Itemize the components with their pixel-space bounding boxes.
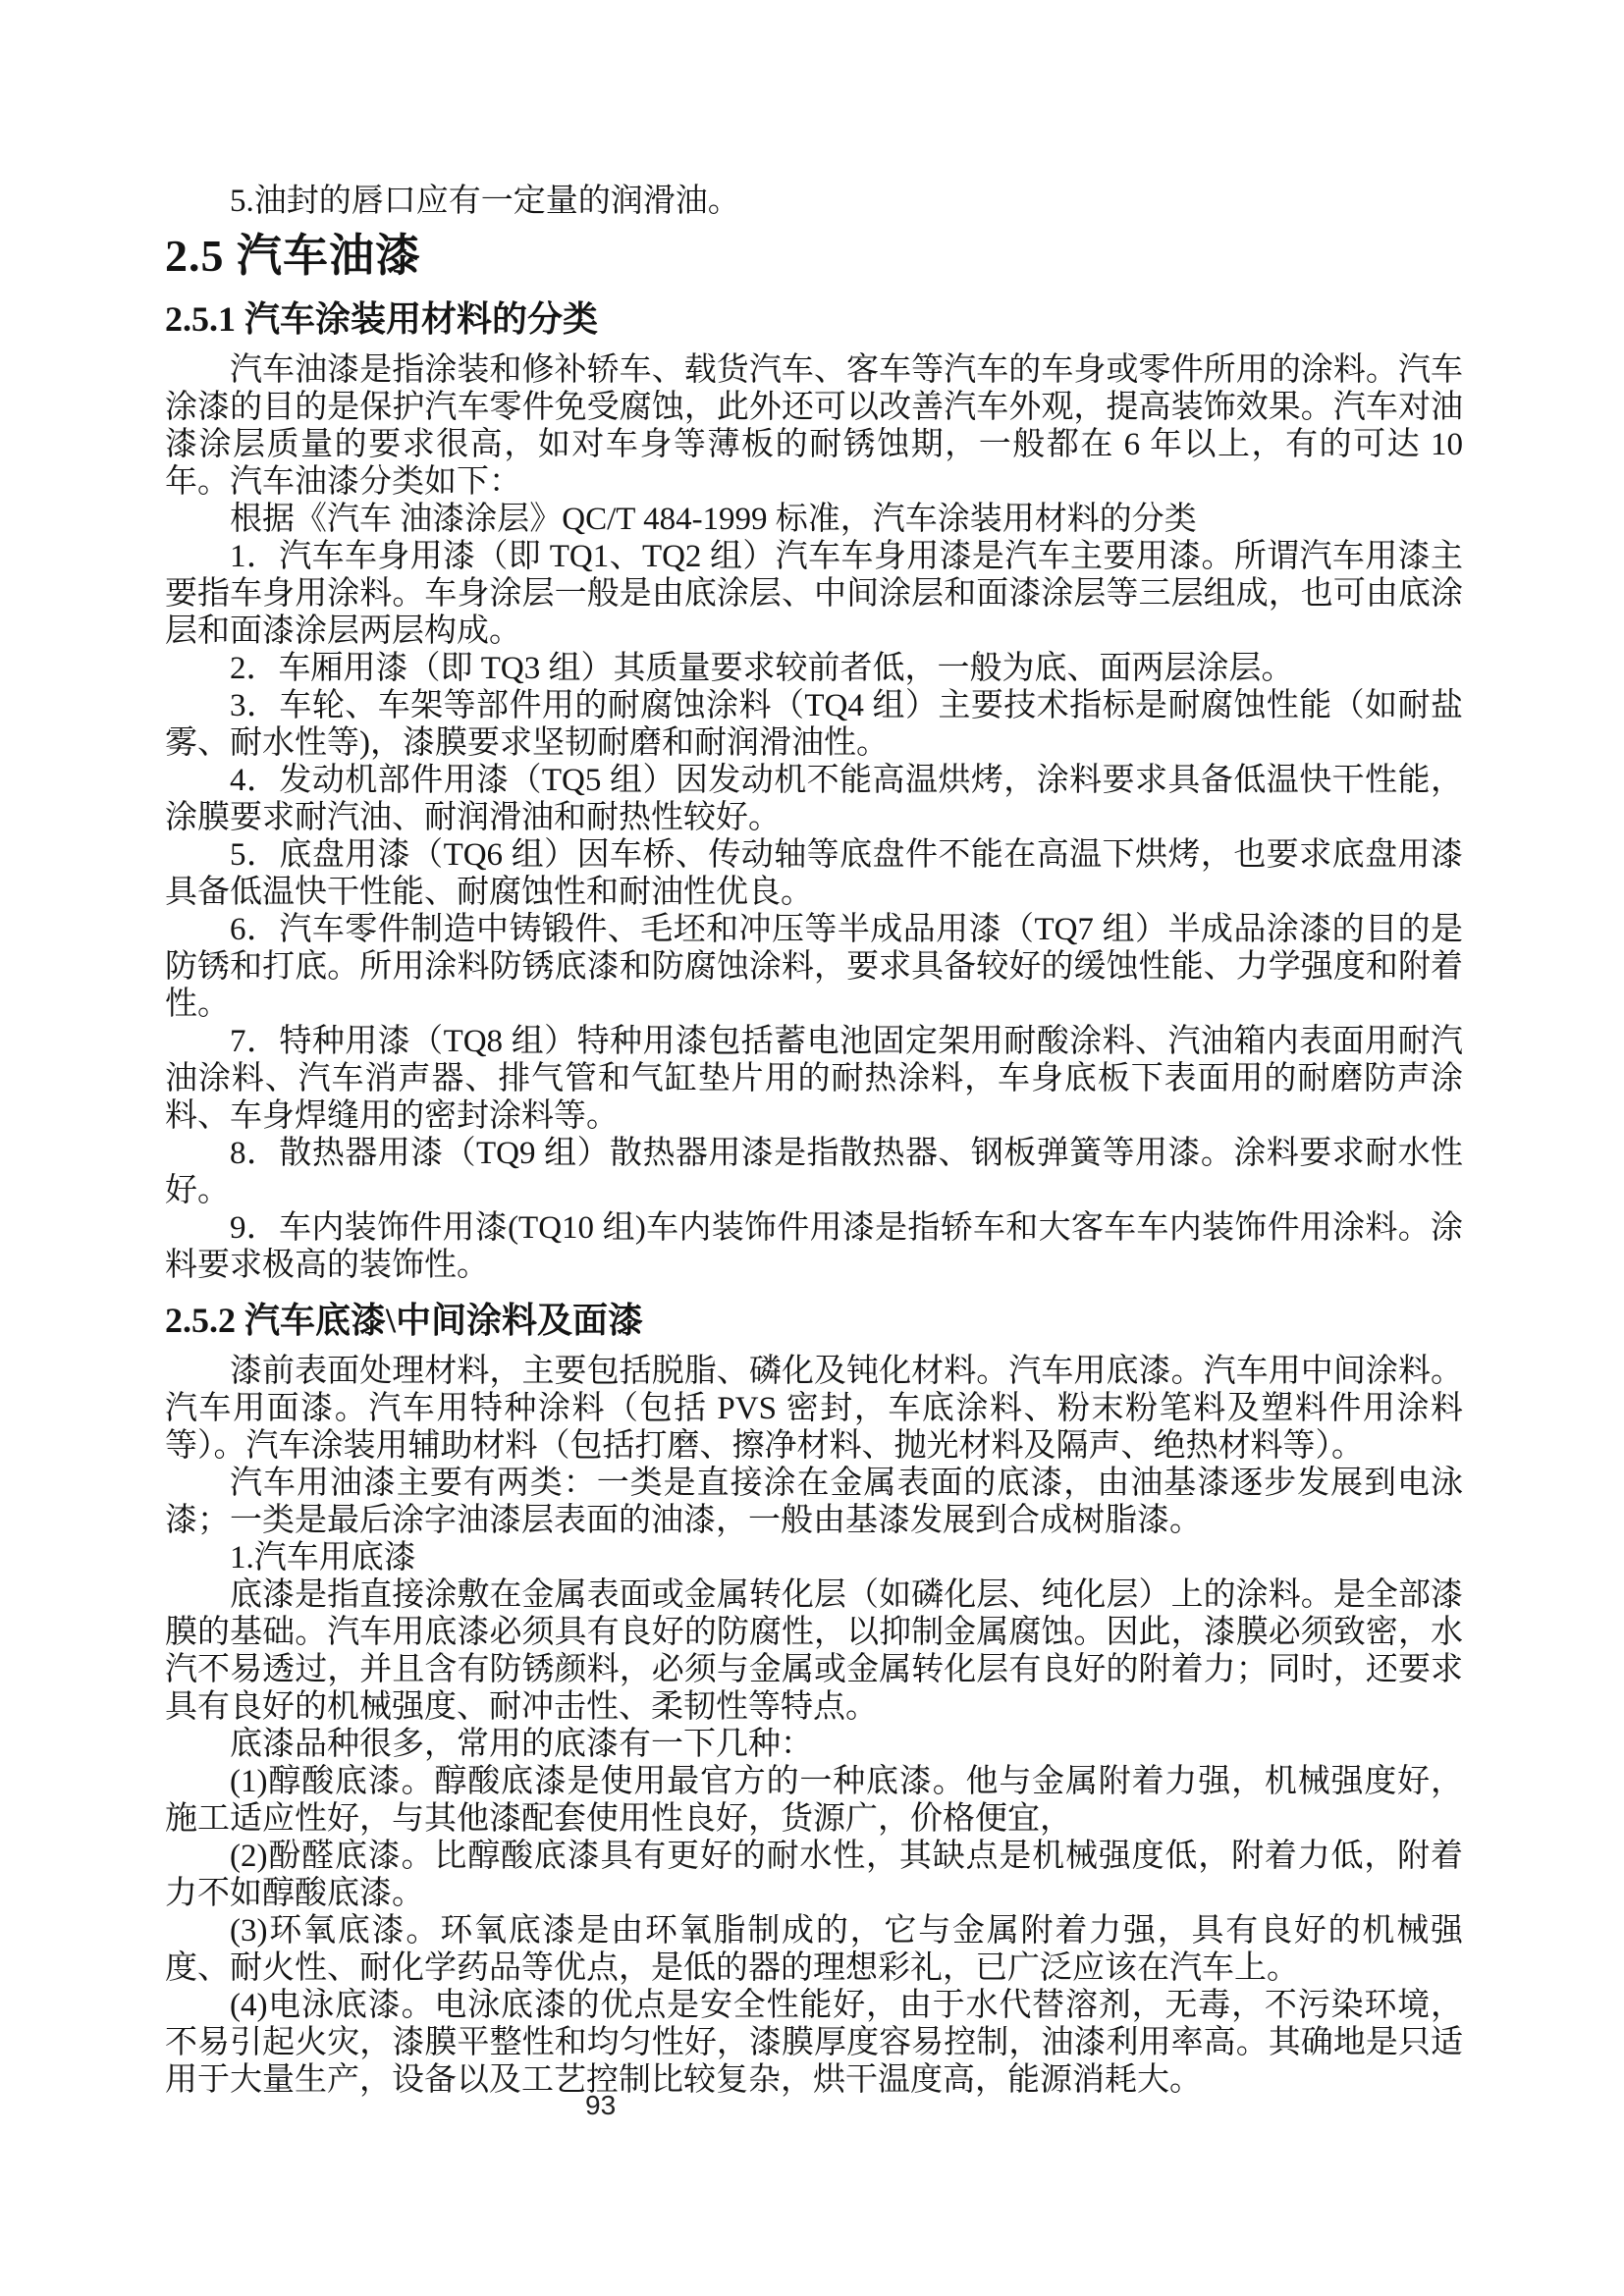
section-heading: 2.5.1 汽车涂装用材料的分类: [165, 298, 1463, 340]
paragraph: 3．车轮、车架等部件用的耐腐蚀涂料（TQ4 组）主要技术指标是耐腐蚀性能（如耐盐…: [165, 687, 1463, 762]
paragraph: (1)醇酸底漆。醇酸底漆是使用最官方的一种底漆。他与金属附着力强，机械强度好，施…: [165, 1763, 1463, 1838]
paragraph: 8．散热器用漆（TQ9 组）散热器用漆是指散热器、钢板弹簧等用漆。涂料要求耐水性…: [165, 1135, 1463, 1209]
paragraph: (2)酚醛底漆。比醇酸底漆具有更好的耐水性，其缺点是机械强度低，附着力低，附着力…: [165, 1838, 1463, 1912]
section-heading: 2.5.2 汽车底漆\中间涂料及面漆: [165, 1300, 1463, 1341]
paragraph: 9．车内装饰件用漆(TQ10 组)车内装饰件用漆是指轿车和大客车车内装饰件用涂料…: [165, 1209, 1463, 1284]
paragraph: 2．车厢用漆（即 TQ3 组）其质量要求较前者低，一般为底、面两层涂层。: [165, 650, 1463, 687]
paragraph: 底漆是指直接涂敷在金属表面或金属转化层（如磷化层、纯化层）上的涂料。是全部漆膜的…: [165, 1576, 1463, 1726]
page-number: 93: [585, 2089, 616, 2122]
document-page: 5.油封的唇口应有一定量的润滑油。2.5 汽车油漆2.5.1 汽车涂装用材料的分…: [0, 0, 1624, 2296]
paragraph: 底漆品种很多，常用的底漆有一下几种：: [165, 1726, 1463, 1763]
paragraph: 1．汽车车身用漆（即 TQ1、TQ2 组）汽车车身用漆是汽车主要用漆。所谓汽车用…: [165, 538, 1463, 650]
paragraph: 5.油封的唇口应有一定量的润滑油。: [165, 183, 1463, 220]
paragraph: 1.汽车用底漆: [165, 1539, 1463, 1576]
chapter-heading: 2.5 汽车油漆: [165, 230, 1463, 283]
paragraph: 5．底盘用漆（TQ6 组）因车桥、传动轴等底盘件不能在高温下烘烤，也要求底盘用漆…: [165, 836, 1463, 911]
paragraph: 漆前表面处理材料，主要包括脱脂、磷化及钝化材料。汽车用底漆。汽车用中间涂料。汽车…: [165, 1353, 1463, 1465]
paragraph: 根据《汽车 油漆涂层》QC/T 484-1999 标准，汽车涂装用材料的分类: [165, 501, 1463, 538]
paragraph: 4．发动机部件用漆（TQ5 组）因发动机不能高温烘烤，涂料要求具备低温快干性能，…: [165, 762, 1463, 836]
paragraph: (4)电泳底漆。电泳底漆的优点是安全性能好，由于水代替溶剂，无毒，不污染环境，不…: [165, 1987, 1463, 2099]
paragraph: 6．汽车零件制造中铸锻件、毛坯和冲压等半成品用漆（TQ7 组）半成品涂漆的目的是…: [165, 911, 1463, 1023]
paragraph: 汽车用油漆主要有两类：一类是直接涂在金属表面的底漆，由油基漆逐步发展到电泳漆；一…: [165, 1465, 1463, 1539]
page-body: 5.油封的唇口应有一定量的润滑油。2.5 汽车油漆2.5.1 汽车涂装用材料的分…: [165, 183, 1463, 2099]
paragraph: 汽车油漆是指涂装和修补轿车、载货汽车、客车等汽车的车身或零件所用的涂料。汽车涂漆…: [165, 351, 1463, 501]
paragraph: 7．特种用漆（TQ8 组）特种用漆包括蓄电池固定架用耐酸涂料、汽油箱内表面用耐汽…: [165, 1023, 1463, 1135]
paragraph: (3)环氧底漆。环氧底漆是由环氧脂制成的，它与金属附着力强，具有良好的机械强度、…: [165, 1912, 1463, 1987]
